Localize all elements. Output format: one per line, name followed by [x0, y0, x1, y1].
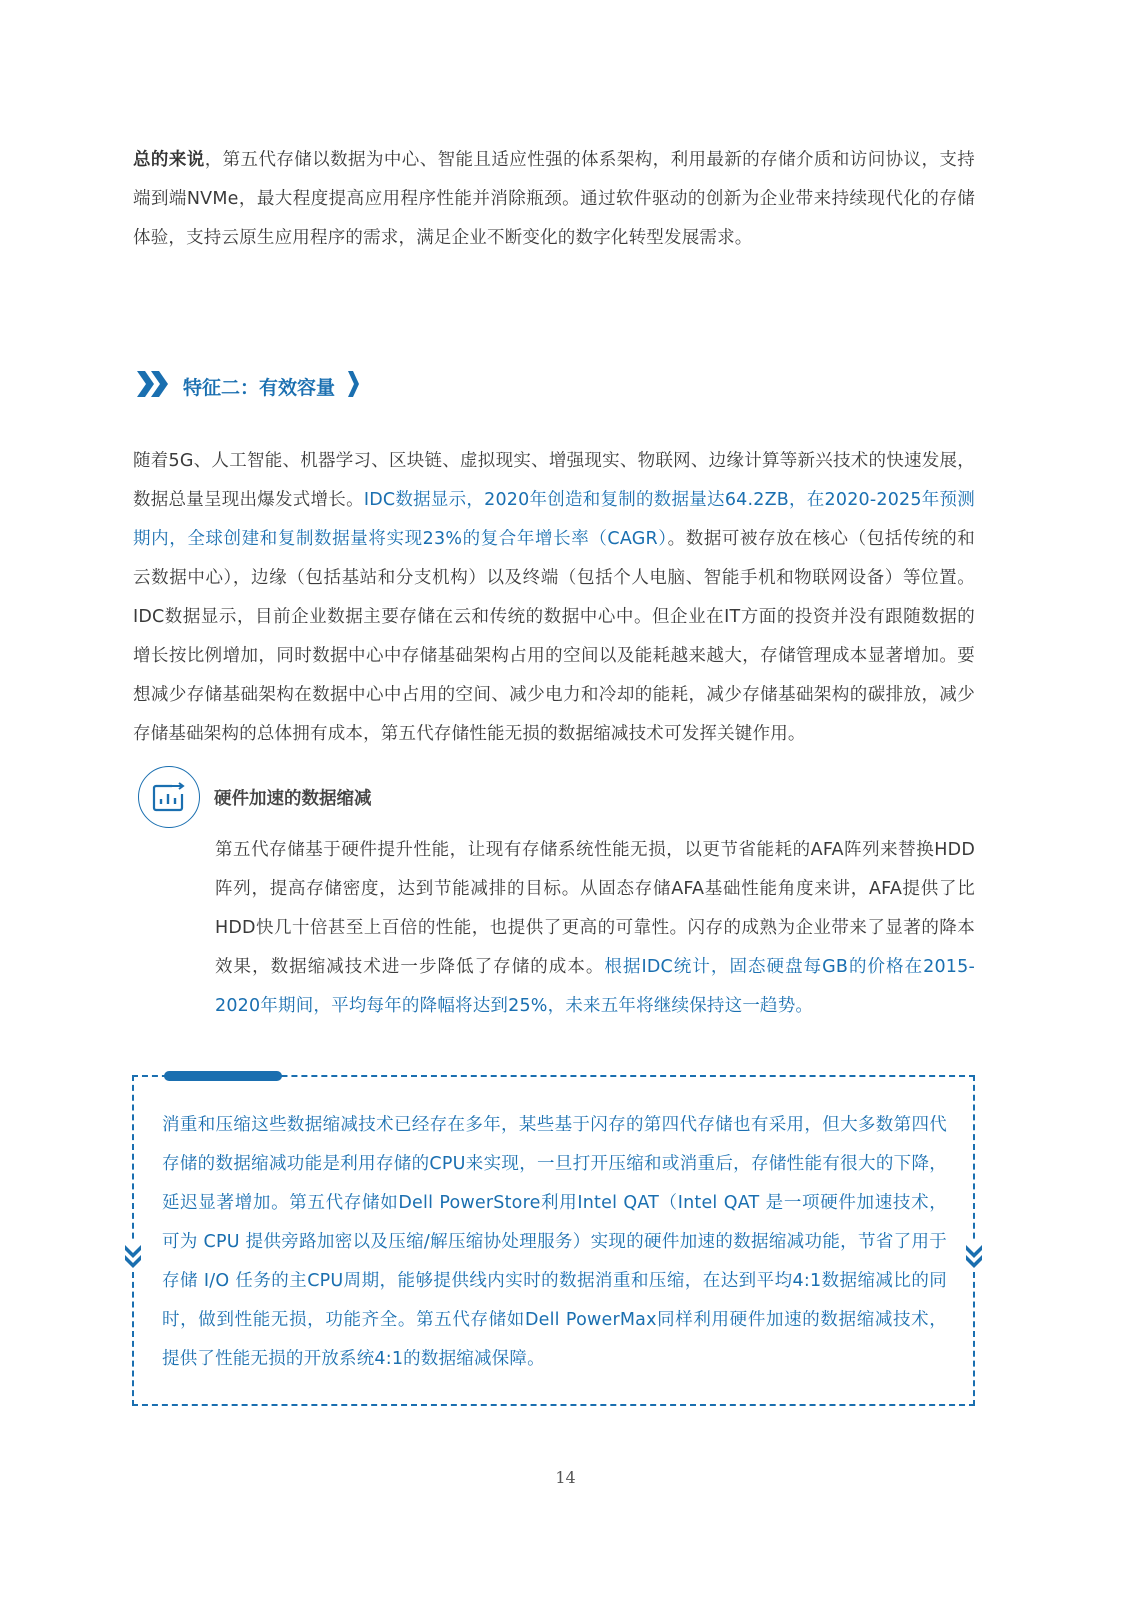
summary-text: ，第五代存储以数据为中心、智能且适应性强的体系架构，利用最新的存储介质和访问协议…	[133, 150, 975, 248]
section-heading: 特征二：有效容量	[135, 368, 361, 404]
double-chevron-right-icon	[135, 369, 171, 403]
summary-lead: 总的来说	[133, 150, 205, 170]
double-chevron-down-icon	[964, 1242, 984, 1272]
section-title: 特征二：有效容量	[183, 373, 335, 400]
chevron-right-icon	[345, 369, 361, 403]
double-chevron-down-icon	[123, 1242, 143, 1272]
summary-paragraph: 总的来说，第五代存储以数据为中心、智能且适应性强的体系架构，利用最新的存储介质和…	[133, 141, 975, 258]
intro-paragraph: 随着5G、人工智能、机器学习、区块链、虚拟现实、增强现实、物联网、边缘计算等新兴…	[133, 442, 975, 754]
bar-chart-icon	[138, 766, 200, 828]
page-number: 14	[0, 1468, 1131, 1487]
subsection-heading: 硬件加速的数据缩减	[138, 766, 372, 828]
callout-accent-bar	[164, 1071, 282, 1081]
subsection-paragraph: 第五代存储基于硬件提升性能，让现有存储系统性能无损，以更节省能耗的AFA阵列来替…	[215, 831, 975, 1026]
subsection-title: 硬件加速的数据缩减	[214, 785, 372, 810]
callout-text: 消重和压缩这些数据缩减技术已经存在多年，某些基于闪存的第四代存储也有采用，但大多…	[162, 1106, 947, 1379]
intro-text-b: 。数据可被存放在核心（包括传统的和云数据中心），边缘（包括基站和分支机构）以及终…	[133, 529, 975, 744]
